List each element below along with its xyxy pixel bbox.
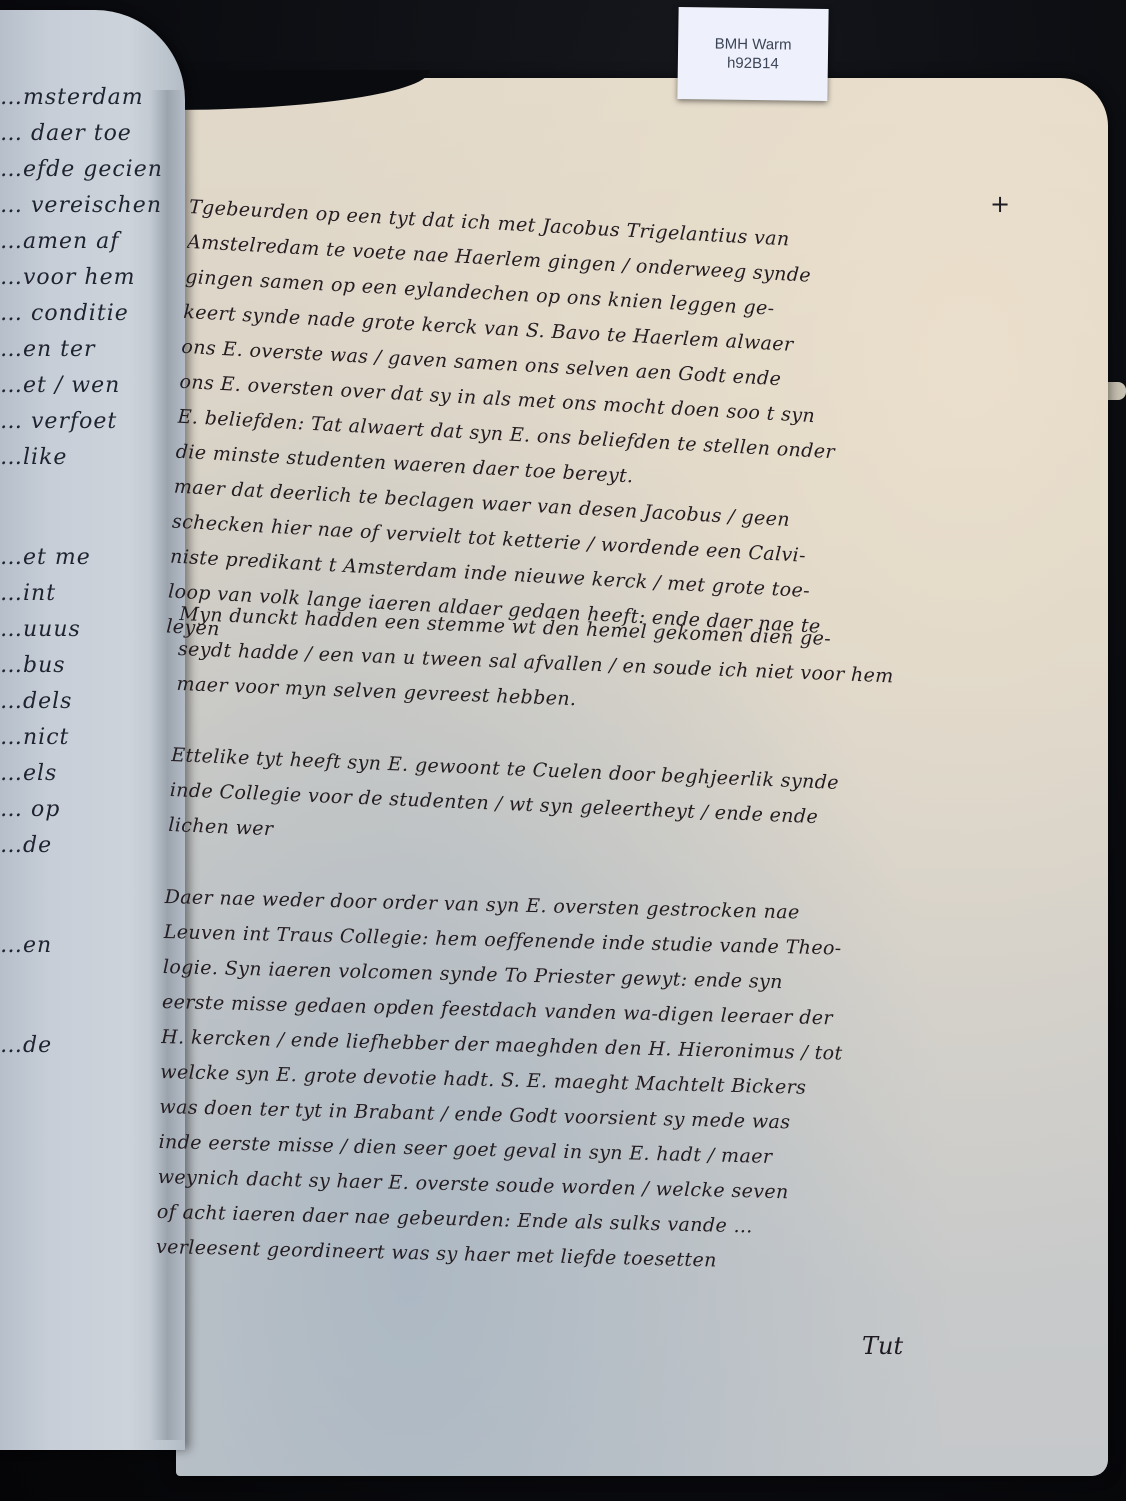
- left-line: …et / wen: [0, 368, 170, 404]
- left-line: …like: [0, 440, 170, 476]
- left-line: … vereischen: [0, 188, 170, 224]
- left-line: …de: [0, 828, 170, 864]
- left-line: …voor hem: [0, 260, 170, 296]
- manuscript-photo: BMH Warm h92B14 …msterdam … daer toe …ef…: [0, 0, 1126, 1501]
- left-line: … daer toe: [0, 116, 170, 152]
- paragraph-4: Daer nae weder door order van syn E. ove…: [156, 880, 1025, 1286]
- left-line: … op: [0, 792, 170, 828]
- left-line: …els: [0, 756, 170, 792]
- left-line: …en ter: [0, 332, 170, 368]
- archive-label-line1: BMH Warm: [715, 34, 792, 54]
- left-line: … verfoet: [0, 404, 170, 440]
- left-line: …int: [0, 576, 170, 612]
- left-page-gap: [0, 476, 170, 540]
- bookmark-ribbon: [1108, 382, 1126, 400]
- left-line: …et me: [0, 540, 170, 576]
- left-line: …bus: [0, 648, 170, 684]
- folio-mark: +: [990, 190, 1010, 218]
- left-page-text: …msterdam … daer toe …efde gecien … vere…: [0, 80, 170, 1064]
- left-line: …dels: [0, 684, 170, 720]
- left-line: …amen af: [0, 224, 170, 260]
- left-page-gap: [0, 964, 170, 1028]
- left-line: …de: [0, 1028, 170, 1064]
- left-line: …msterdam: [0, 80, 170, 116]
- catchword: Tut: [862, 1332, 903, 1360]
- left-line: …en: [0, 928, 170, 964]
- archive-label-shelfmark: h92B14: [727, 54, 779, 74]
- left-page-gap: [0, 864, 170, 928]
- left-line: …nict: [0, 720, 170, 756]
- left-line: …uuus: [0, 612, 170, 648]
- archive-label: BMH Warm h92B14: [677, 7, 828, 101]
- left-line: …efde gecien: [0, 152, 170, 188]
- left-line: … conditie: [0, 296, 170, 332]
